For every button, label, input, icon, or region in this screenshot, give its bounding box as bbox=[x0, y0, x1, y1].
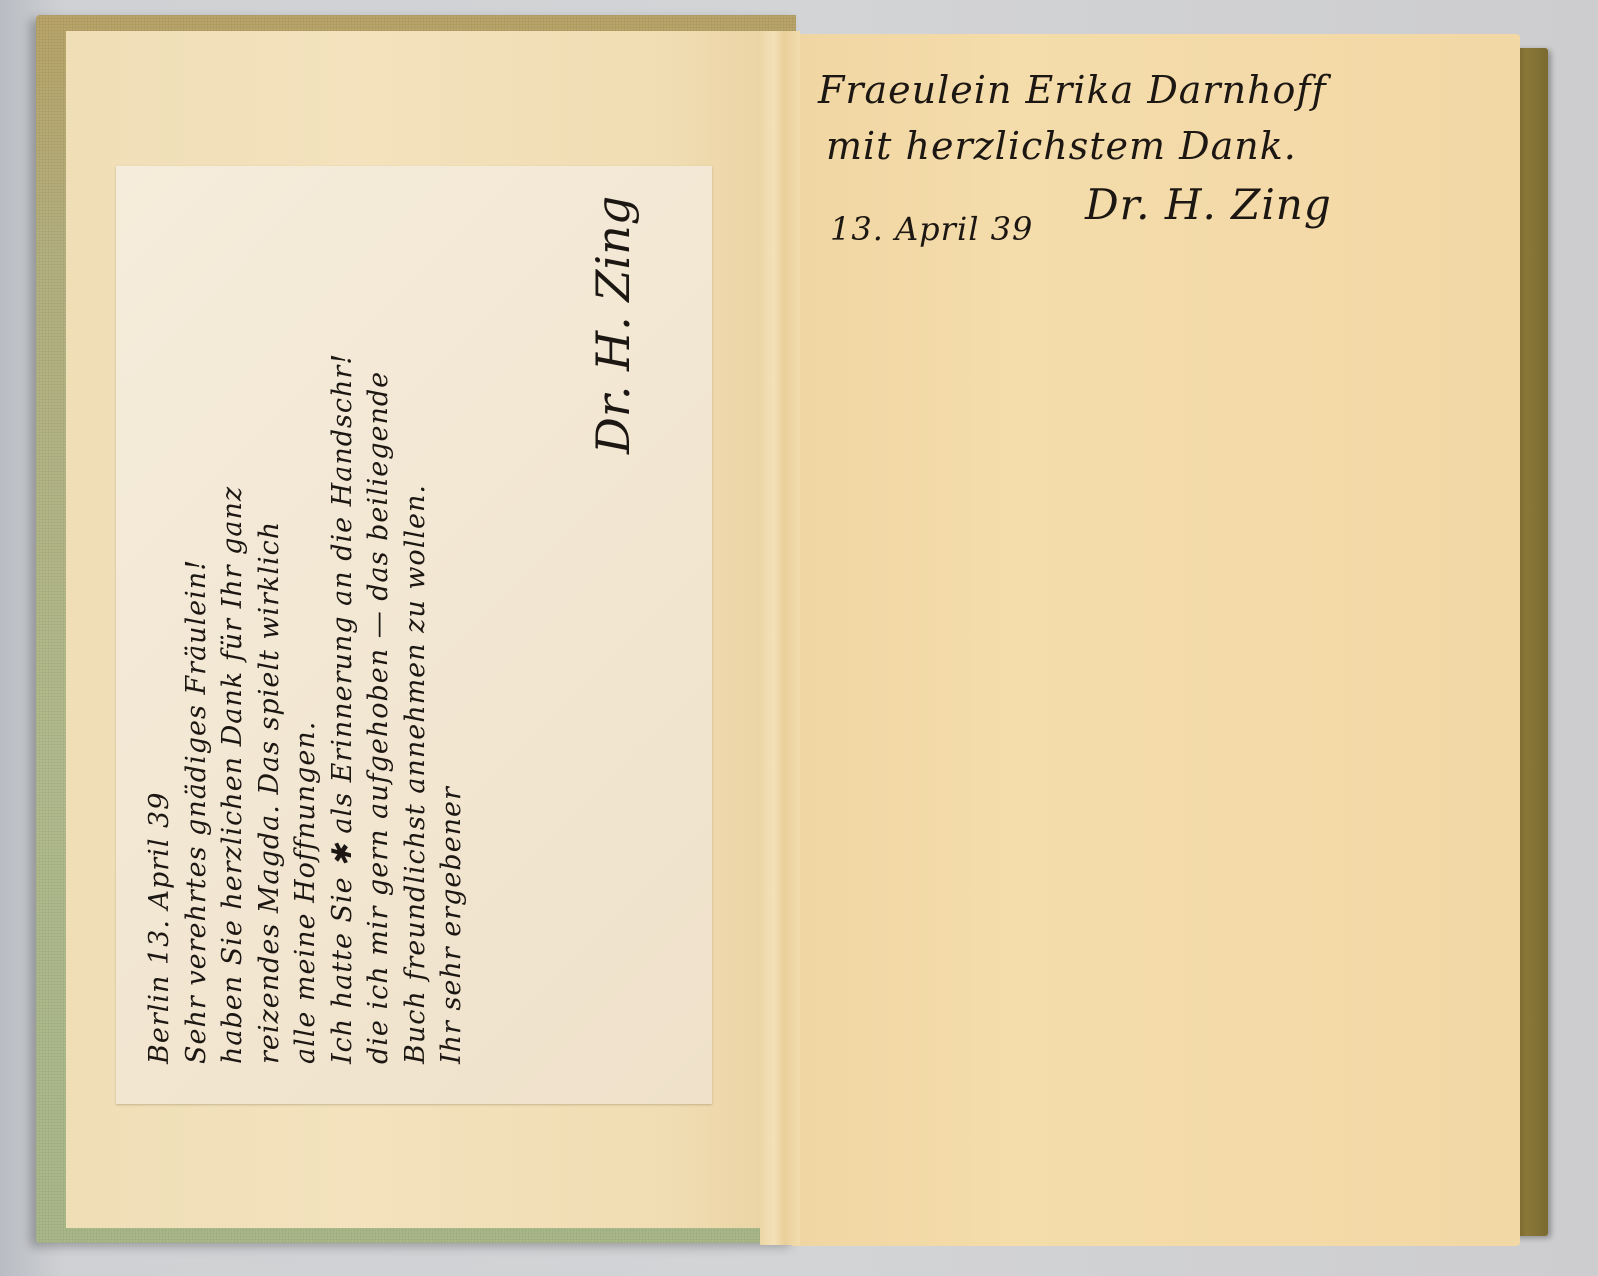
dedication-signature: Dr. H. Zing bbox=[1085, 180, 1332, 229]
card-line-date: Berlin 13. April 39 bbox=[142, 206, 179, 1064]
dedication-date: 13. April 39 bbox=[830, 210, 1033, 248]
dedication-thanks: mit herzlichstem Dank. bbox=[826, 124, 1297, 168]
card-line: alle meine Hoffnungen. bbox=[288, 206, 325, 1064]
letter-card: Berlin 13. April 39 Sehr verehrtes gnädi… bbox=[116, 166, 712, 1104]
card-line: Buch freundlichst annehmen zu wollen. bbox=[398, 206, 435, 1064]
card-signature: Dr. H. Zing bbox=[586, 196, 640, 454]
card-line: reizendes Magda. Das spielt wirklich bbox=[252, 206, 289, 1064]
card-line: haben Sie herzlichen Dank für Ihr ganz bbox=[215, 206, 252, 1064]
card-line: die ich mir gern aufgehoben — das beilie… bbox=[361, 206, 398, 1064]
card-line-salutation: Sehr verehrtes gnädiges Fräulein! bbox=[179, 206, 216, 1064]
book-gutter bbox=[760, 31, 800, 1245]
card-line: Ich hatte Sie ✱ als Erinnerung an die Ha… bbox=[325, 206, 362, 1064]
card-line-closing: Ihr sehr ergebener bbox=[434, 206, 471, 1064]
letter-card-text: Berlin 13. April 39 Sehr verehrtes gnädi… bbox=[116, 166, 712, 1104]
dedication-recipient: Fraeulein Erika Darnhoff bbox=[818, 68, 1327, 112]
